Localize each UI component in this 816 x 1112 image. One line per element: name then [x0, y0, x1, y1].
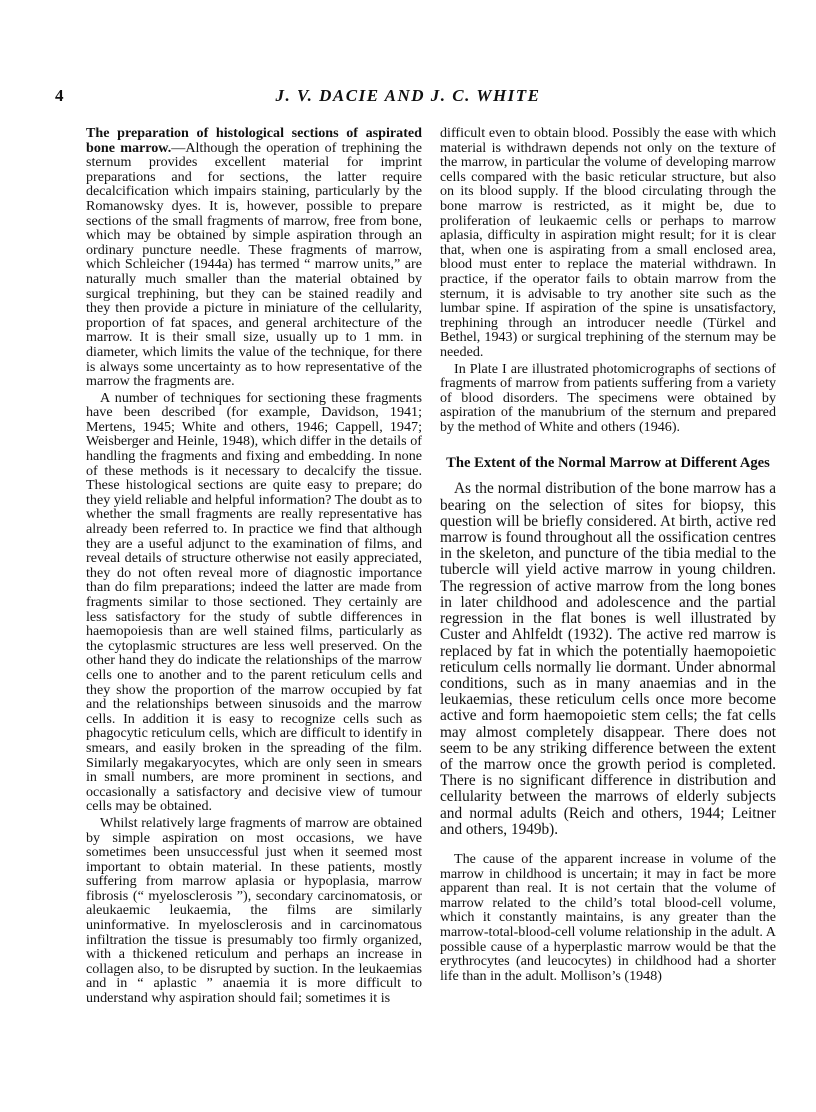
page-header: 4 J. V. DACIE AND J. C. WHITE	[0, 86, 816, 110]
running-head: J. V. DACIE AND J. C. WHITE	[0, 86, 816, 106]
paragraph: In Plate I are illustrated photomicrogra…	[440, 362, 776, 435]
paragraph: As the normal distribution of the bone m…	[440, 481, 776, 837]
left-column: The preparation of histological sections…	[86, 126, 422, 1006]
paragraph: Whilst relatively large fragments of mar…	[86, 816, 422, 1006]
paragraph-text: —Although the operation of trephining th…	[86, 140, 422, 390]
paragraph: A number of techniques for sectioning th…	[86, 391, 422, 814]
paragraph: The cause of the apparent increase in vo…	[440, 852, 776, 983]
paragraph: The preparation of histological sections…	[86, 126, 422, 389]
section-heading: The Extent of the Normal Marrow at Diffe…	[440, 455, 776, 471]
paragraph: difficult even to obtain blood. Possibly…	[440, 126, 776, 360]
right-column: difficult even to obtain blood. Possibly…	[440, 126, 776, 983]
